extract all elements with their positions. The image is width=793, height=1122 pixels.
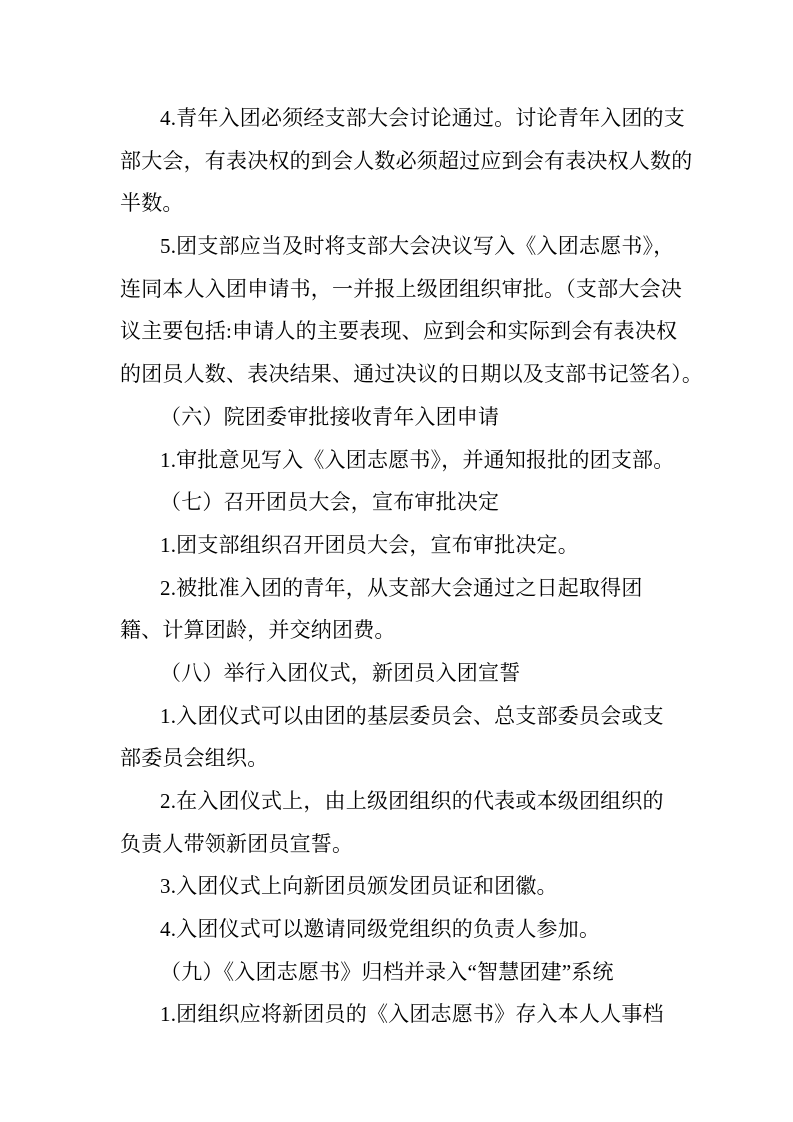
paragraph: 4.入团仪式可以邀请同级党组织的负责人参加。 xyxy=(120,908,673,951)
text-line: （九）《入团志愿书》归档并录入“智慧团建”系统 xyxy=(120,951,673,994)
paragraph: （八）举行入团仪式，新团员入团宣誓 xyxy=(120,652,673,695)
paragraph: 2.在入团仪式上，由上级团组织的代表或本级团组织的负责人带领新团员宣誓。 xyxy=(120,780,673,865)
text-line: 半数。 xyxy=(120,182,673,225)
paragraph: （七）召开团员大会，宣布审批决定 xyxy=(120,481,673,524)
paragraph: 4.青年入团必须经支部大会讨论通过。讨论青年入团的支部大会，有表决权的到会人数必… xyxy=(120,97,673,225)
text-line: 籍、计算团龄，并交纳团费。 xyxy=(120,609,673,652)
document-page: 4.青年入团必须经支部大会讨论通过。讨论青年入团的支部大会，有表决权的到会人数必… xyxy=(0,0,793,1122)
text-line: 1.入团仪式可以由团的基层委员会、总支部委员会或支 xyxy=(120,695,673,738)
text-line: 4.青年入团必须经支部大会讨论通过。讨论青年入团的支 xyxy=(120,97,673,140)
paragraph: 1.团支部组织召开团员大会，宣布审批决定。 xyxy=(120,524,673,567)
document-body: 4.青年入团必须经支部大会讨论通过。讨论青年入团的支部大会，有表决权的到会人数必… xyxy=(120,97,673,1036)
text-line: 的团员人数、表决结果、通过决议的日期以及支部书记签名）。 xyxy=(120,353,673,396)
text-line: 1.团支部组织召开团员大会，宣布审批决定。 xyxy=(120,524,673,567)
paragraph: 2.被批准入团的青年，从支部大会通过之日起取得团籍、计算团龄，并交纳团费。 xyxy=(120,567,673,652)
text-line: 4.入团仪式可以邀请同级党组织的负责人参加。 xyxy=(120,908,673,951)
paragraph: 1.审批意见写入《入团志愿书》，并通知报批的团支部。 xyxy=(120,439,673,482)
text-line: 议主要包括:申请人的主要表现、应到会和实际到会有表决权 xyxy=(120,310,673,353)
text-line: （八）举行入团仪式，新团员入团宣誓 xyxy=(120,652,673,695)
text-line: 部大会，有表决权的到会人数必须超过应到会有表决权人数的 xyxy=(120,140,673,183)
text-line: 3.入团仪式上向新团员颁发团员证和团徽。 xyxy=(120,865,673,908)
paragraph: 1.团组织应将新团员的《入团志愿书》存入本人人事档 xyxy=(120,993,673,1036)
text-line: 部委员会组织。 xyxy=(120,737,673,780)
text-line: 2.被批准入团的青年，从支部大会通过之日起取得团 xyxy=(120,567,673,610)
paragraph: 1.入团仪式可以由团的基层委员会、总支部委员会或支部委员会组织。 xyxy=(120,695,673,780)
paragraph: 3.入团仪式上向新团员颁发团员证和团徽。 xyxy=(120,865,673,908)
text-line: 1.审批意见写入《入团志愿书》，并通知报批的团支部。 xyxy=(120,439,673,482)
paragraph: （六）院团委审批接收青年入团申请 xyxy=(120,396,673,439)
text-line: （七）召开团员大会，宣布审批决定 xyxy=(120,481,673,524)
text-line: （六）院团委审批接收青年入团申请 xyxy=(120,396,673,439)
text-line: 1.团组织应将新团员的《入团志愿书》存入本人人事档 xyxy=(120,993,673,1036)
paragraph: 5.团支部应当及时将支部大会决议写入《入团志愿书》，连同本人入团申请书，一并报上… xyxy=(120,225,673,396)
paragraph: （九）《入团志愿书》归档并录入“智慧团建”系统 xyxy=(120,951,673,994)
text-line: 2.在入团仪式上，由上级团组织的代表或本级团组织的 xyxy=(120,780,673,823)
text-line: 连同本人入团申请书，一并报上级团组织审批。（支部大会决 xyxy=(120,268,673,311)
text-line: 5.团支部应当及时将支部大会决议写入《入团志愿书》， xyxy=(120,225,673,268)
text-line: 负责人带领新团员宣誓。 xyxy=(120,823,673,866)
